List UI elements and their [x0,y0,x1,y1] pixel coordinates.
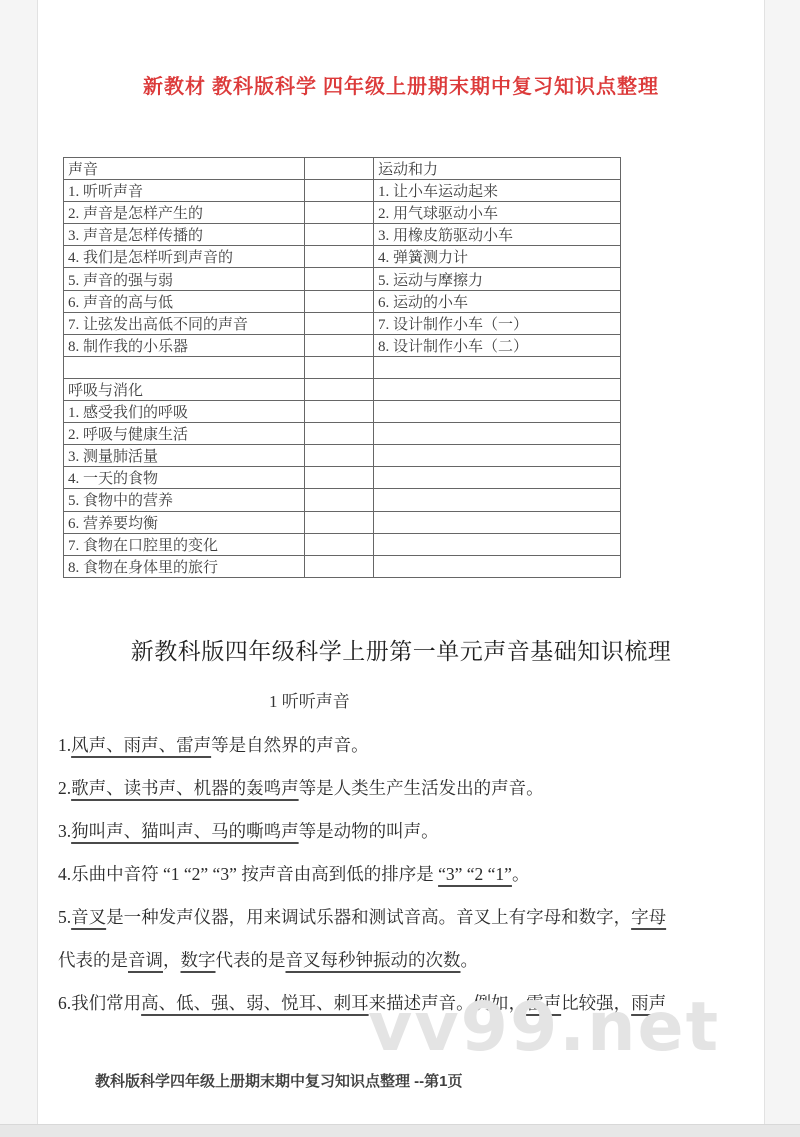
table-cell: 7. 让弦发出高低不同的声音 [64,312,305,334]
table-row: 5. 食物中的营养 [64,489,621,511]
list-item: 4.乐曲中音符 “1 “2” “3” 按声音由高到低的排序是 “3” “2 “1… [58,853,755,896]
table-row: 6. 声音的高与低 6. 运动的小车 [64,290,621,312]
table-cell [305,555,374,577]
table-row: 3. 测量肺活量 [64,445,621,467]
text-run: 代表的是 [216,950,286,970]
table-row: 3. 声音是怎样传播的 3. 用橡皮筋驱动小车 [64,224,621,246]
table-cell: 呼吸与消化 [64,378,305,400]
table-row: 5. 声音的强与弱 5. 运动与摩擦力 [64,268,621,290]
table-row: 8. 食物在身体里的旅行 [64,555,621,577]
table-cell [374,489,621,511]
table-cell [305,202,374,224]
doc-title: 新教材 教科版科学 四年级上册期末期中复习知识点整理 [38,70,764,99]
table-cell: 1. 感受我们的呼吸 [64,401,305,423]
table-cell: 6. 营养要均衡 [64,511,305,533]
document-page: 新教材 教科版科学 四年级上册期末期中复习知识点整理 声音 运动和力1. 听听声… [37,0,765,1124]
table-row: 2. 声音是怎样产生的 2. 用气球驱动小车 [64,202,621,224]
table-cell: 5. 声音的强与弱 [64,268,305,290]
table-cell: 7. 设计制作小车（一） [374,312,621,334]
table-cell [305,423,374,445]
watermark: vv99.net [368,988,720,1067]
text-run: 代表的是 [58,950,128,970]
list-item: 5.音叉是一种发声仪器，用来调试乐器和测试音高。音叉上有字母和数字，字母代表的是… [58,896,755,982]
underlined-term: 音调 [128,950,163,970]
underlined-term: 音叉 [71,907,106,927]
table-cell: 2. 用气球驱动小车 [374,202,621,224]
table-cell [305,246,374,268]
section-heading: 新教科版四年级科学上册第一单元声音基础知识梳理 [38,633,764,666]
text-run: 2. [58,778,71,798]
table-cell [305,158,374,180]
table-cell [374,401,621,423]
table-cell: 4. 我们是怎样听到声音的 [64,246,305,268]
table-cell [374,555,621,577]
table-cell [305,533,374,555]
table-cell: 6. 声音的高与低 [64,290,305,312]
table-cell: 5. 食物中的营养 [64,489,305,511]
table-cell [305,334,374,356]
table-cell [305,224,374,246]
table-row: 声音 运动和力 [64,158,621,180]
table-cell [305,467,374,489]
text-run: 是一种发声仪器，用来调试乐器和测试音高。音叉上有字母和数字， [106,907,631,927]
underlined-term: 字母 [631,907,666,927]
underlined-term: 风声、雨声、雷声 [71,735,211,755]
table-row [64,356,621,378]
underlined-term: 高、低、强、弱、悦耳、刺耳 [141,993,369,1013]
table-cell [305,356,374,378]
table-row: 7. 让弦发出高低不同的声音 7. 设计制作小车（一） [64,312,621,334]
text-run: 等是动物的叫声。 [299,821,439,841]
toc-table: 声音 运动和力1. 听听声音 1. 让小车运动起来2. 声音是怎样产生的 2. … [63,157,621,578]
list-item: 2.歌声、读书声、机器的轰鸣声等是人类生产生活发出的声音。 [58,767,755,810]
table-row: 7. 食物在口腔里的变化 [64,533,621,555]
table-cell: 3. 声音是怎样传播的 [64,224,305,246]
table-row: 1. 感受我们的呼吸 [64,401,621,423]
text-run: 等是自然界的声音。 [211,735,369,755]
table-cell [374,511,621,533]
table-row: 4. 我们是怎样听到声音的 4. 弹簧测力计 [64,246,621,268]
table-cell [374,445,621,467]
table-cell: 运动和力 [374,158,621,180]
table-cell [305,290,374,312]
toc-table-body: 声音 运动和力1. 听听声音 1. 让小车运动起来2. 声音是怎样产生的 2. … [64,158,621,578]
page-footer: 教科版科学四年级上册期末期中复习知识点整理 --第1页 [95,1070,463,1091]
table-cell: 6. 运动的小车 [374,290,621,312]
table-cell [374,423,621,445]
table-cell: 8. 食物在身体里的旅行 [64,555,305,577]
table-cell [374,467,621,489]
table-cell: 2. 呼吸与健康生活 [64,423,305,445]
underlined-term: “3” “2 “1” [438,864,512,884]
table-cell: 8. 设计制作小车（二） [374,334,621,356]
text-run: 5. [58,907,71,927]
section-subheading: 1 听听声音 [269,687,350,712]
table-row: 4. 一天的食物 [64,467,621,489]
list-item: 1.风声、雨声、雷声等是自然界的声音。 [58,724,755,767]
text-run: 1. [58,735,71,755]
table-row: 呼吸与消化 [64,378,621,400]
knowledge-list: 1.风声、雨声、雷声等是自然界的声音。2.歌声、读书声、机器的轰鸣声等是人类生产… [58,724,755,1025]
table-cell [305,312,374,334]
table-cell [305,511,374,533]
underlined-term: 歌声、读书声、机器的轰鸣声 [71,778,299,798]
viewer-bottom-strip [0,1124,800,1137]
table-cell: 3. 用橡皮筋驱动小车 [374,224,621,246]
table-cell [305,489,374,511]
text-run: 6.我们常用 [58,993,141,1013]
table-cell: 1. 听听声音 [64,180,305,202]
list-item: 3.狗叫声、猫叫声、马的嘶鸣声等是动物的叫声。 [58,810,755,853]
table-row: 2. 呼吸与健康生活 [64,423,621,445]
table-cell [64,356,305,378]
table-cell: 2. 声音是怎样产生的 [64,202,305,224]
text-run: 。 [461,950,479,970]
underlined-term: 数字 [181,950,216,970]
table-cell: 3. 测量肺活量 [64,445,305,467]
text-run: ， [163,950,181,970]
table-cell: 1. 让小车运动起来 [374,180,621,202]
table-cell [305,401,374,423]
underlined-term: 音叉每秒钟振动的次数 [286,950,461,970]
table-cell [305,180,374,202]
table-row: 1. 听听声音 1. 让小车运动起来 [64,180,621,202]
table-cell: 4. 弹簧测力计 [374,246,621,268]
table-cell: 8. 制作我的小乐器 [64,334,305,356]
table-cell [374,533,621,555]
table-row: 8. 制作我的小乐器 8. 设计制作小车（二） [64,334,621,356]
text-run: 等是人类生产生活发出的声音。 [299,778,544,798]
table-cell [305,378,374,400]
pdf-page-view: 新教材 教科版科学 四年级上册期末期中复习知识点整理 声音 运动和力1. 听听声… [0,0,800,1137]
underlined-term: 狗叫声、猫叫声、马的嘶鸣声 [71,821,299,841]
text-run: 。 [512,864,530,884]
text-run: 4.乐曲中音符 “1 “2” “3” 按声音由高到低的排序是 [58,864,438,884]
text-run: 3. [58,821,71,841]
table-row: 6. 营养要均衡 [64,511,621,533]
table-cell [305,268,374,290]
table-cell: 5. 运动与摩擦力 [374,268,621,290]
table-cell [374,356,621,378]
table-cell [305,445,374,467]
table-cell [374,378,621,400]
table-cell: 7. 食物在口腔里的变化 [64,533,305,555]
table-cell: 声音 [64,158,305,180]
table-cell: 4. 一天的食物 [64,467,305,489]
